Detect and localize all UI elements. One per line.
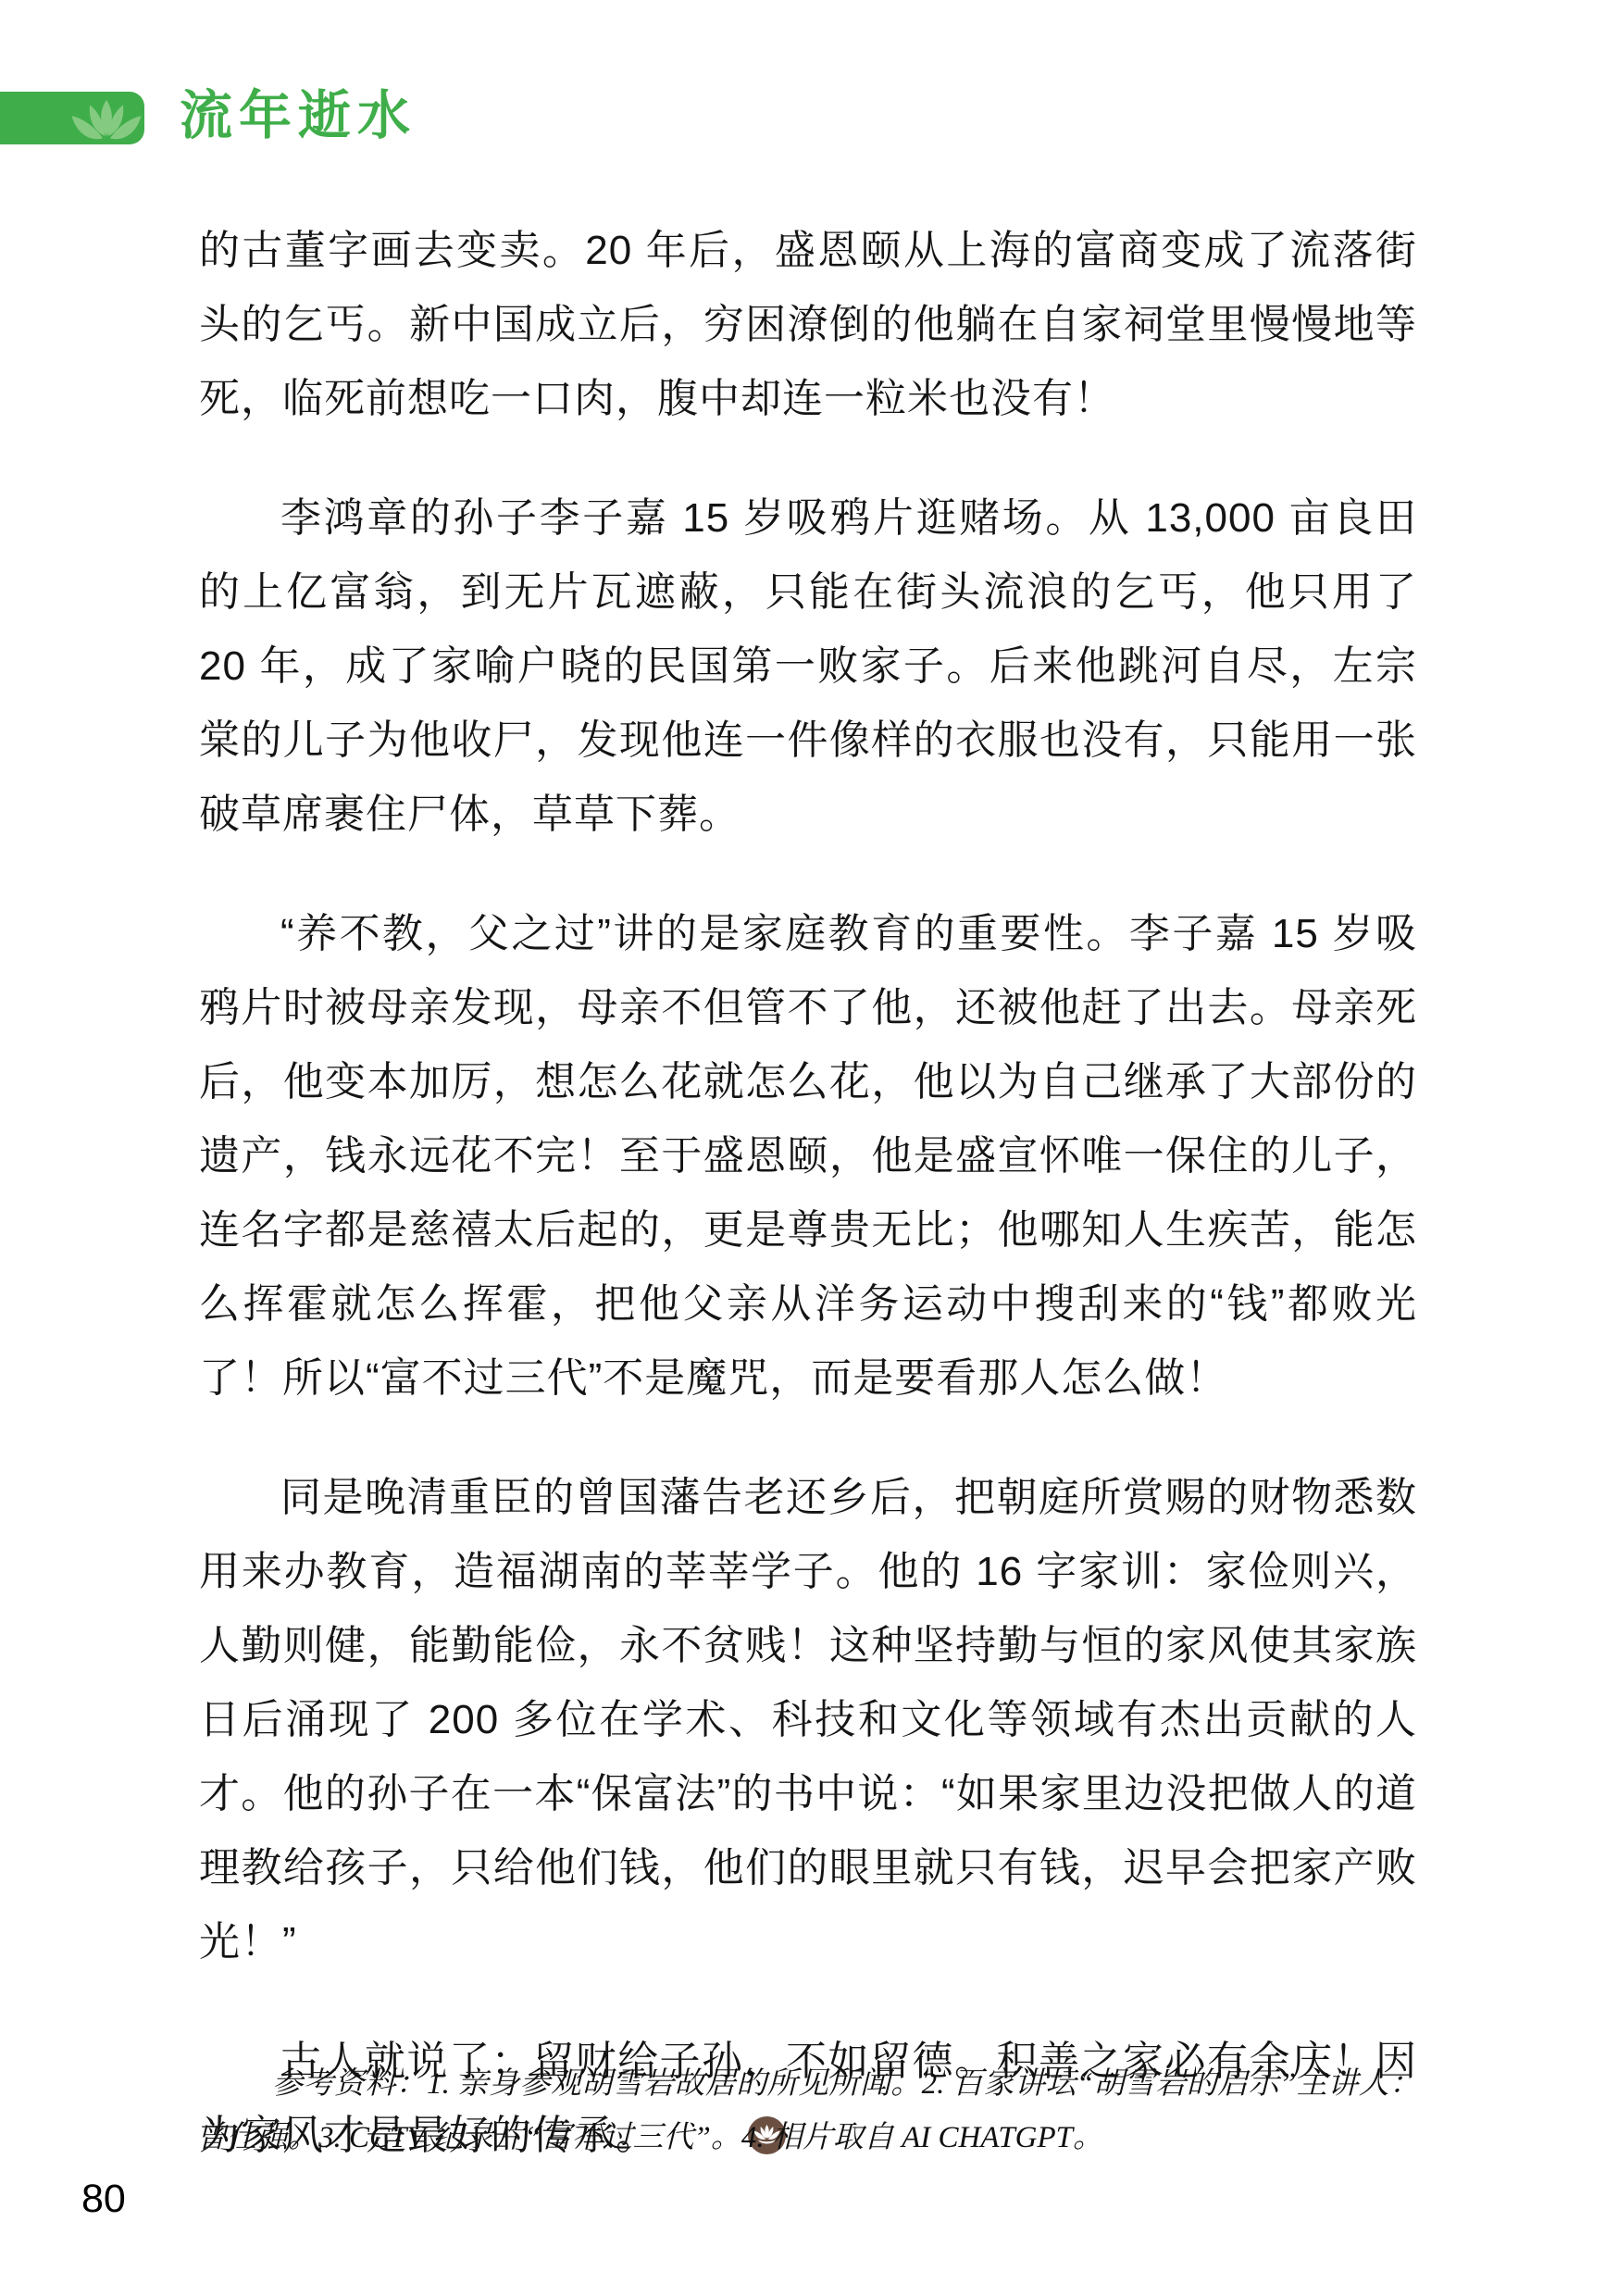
header-green-bar — [0, 92, 144, 144]
page-number: 80 — [81, 2176, 126, 2222]
lotus-icon — [70, 94, 143, 144]
paragraph-3: “养不教，父之过”讲的是家庭教育的重要性。李子嘉 15 岁吸鸦片时被母亲发现，母… — [199, 897, 1417, 1416]
page-title: 流年逝水 — [180, 87, 417, 144]
book-page: { "header": { "title": "流年逝水" }, "articl… — [0, 0, 1618, 2296]
references-section: 参考资料：1. 亲身参观胡雪岩故居的所见所闻。2. 百家讲坛“胡雪岩的启示”主讲… — [196, 2057, 1420, 2165]
article-body: 的古董字画去变卖。20 年后，盛恩颐从上海的富商变成了流落街头的乞丐。新中国成立… — [199, 214, 1417, 2173]
paragraph-1: 的古董字画去变卖。20 年后，盛恩颐从上海的富商变成了流落街头的乞丐。新中国成立… — [199, 214, 1417, 436]
paragraph-3-text: “养不教，父之过”讲的是家庭教育的重要性。李子嘉 15 岁吸鸦片时被母亲发现，母… — [199, 911, 1417, 1401]
paragraph-1-text: 的古董字画去变卖。20 年后，盛恩颐从上海的富商变成了流落街头的乞丐。新中国成立… — [199, 228, 1417, 421]
paragraph-4-text: 同是晚清重臣的曾国藩告老还乡后，把朝庭所赏赐的财物悉数用来办教育，造福湖南的莘莘… — [199, 1475, 1417, 1965]
paragraph-4: 同是晚清重臣的曾国藩告老还乡后，把朝庭所赏赐的财物悉数用来办教育，造福湖南的莘莘… — [199, 1461, 1417, 1979]
paragraph-2-text: 李鸿章的孙子李子嘉 15 岁吸鸦片逛赌场。从 13,000 亩良田的上亿富翁，到… — [199, 495, 1417, 837]
paragraph-2: 李鸿章的孙子李子嘉 15 岁吸鸦片逛赌场。从 13,000 亩良田的上亿富翁，到… — [199, 481, 1417, 852]
references-text: 参考资料：1. 亲身参观胡雪岩故居的所见所闻。2. 百家讲坛“胡雪岩的启示”主讲… — [196, 2057, 1420, 2165]
